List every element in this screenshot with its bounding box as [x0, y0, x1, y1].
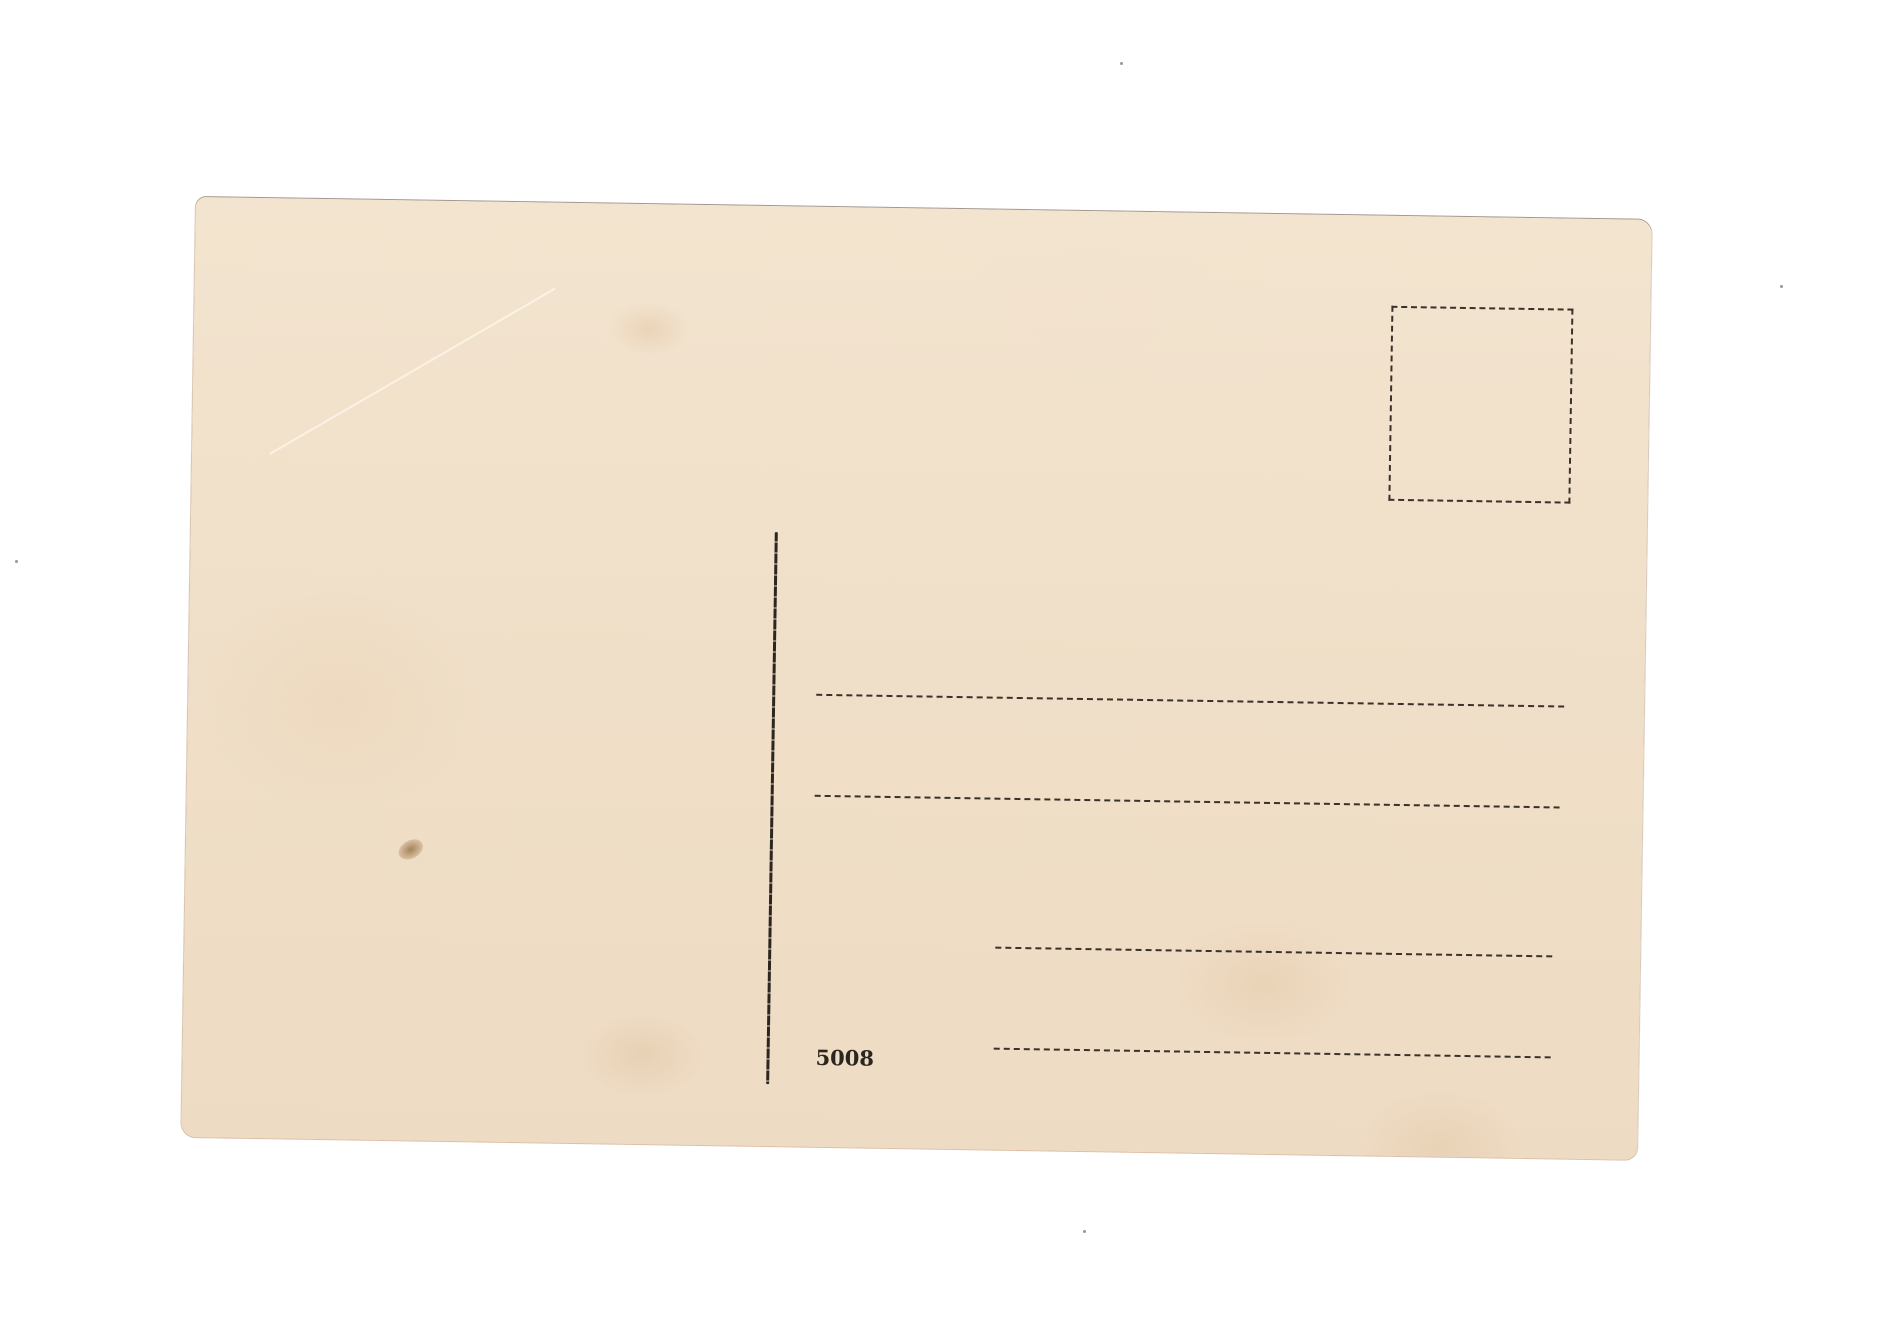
dust-speck: [1083, 1230, 1086, 1233]
serial-number: 5008: [815, 1045, 874, 1071]
dust-speck: [15, 560, 18, 563]
stamp-box: [1388, 306, 1573, 504]
address-line-2: [815, 795, 1560, 809]
dust-speck: [1780, 285, 1783, 288]
scan-background: 5008: [0, 0, 1902, 1328]
address-line-1: [816, 694, 1564, 708]
dust-speck: [1120, 62, 1123, 65]
address-line-4: [994, 1048, 1551, 1059]
postcard-back: 5008: [181, 197, 1652, 1160]
message-area: [202, 217, 766, 1106]
address-line-3: [995, 947, 1552, 958]
vertical-divider-line: [766, 532, 778, 1084]
